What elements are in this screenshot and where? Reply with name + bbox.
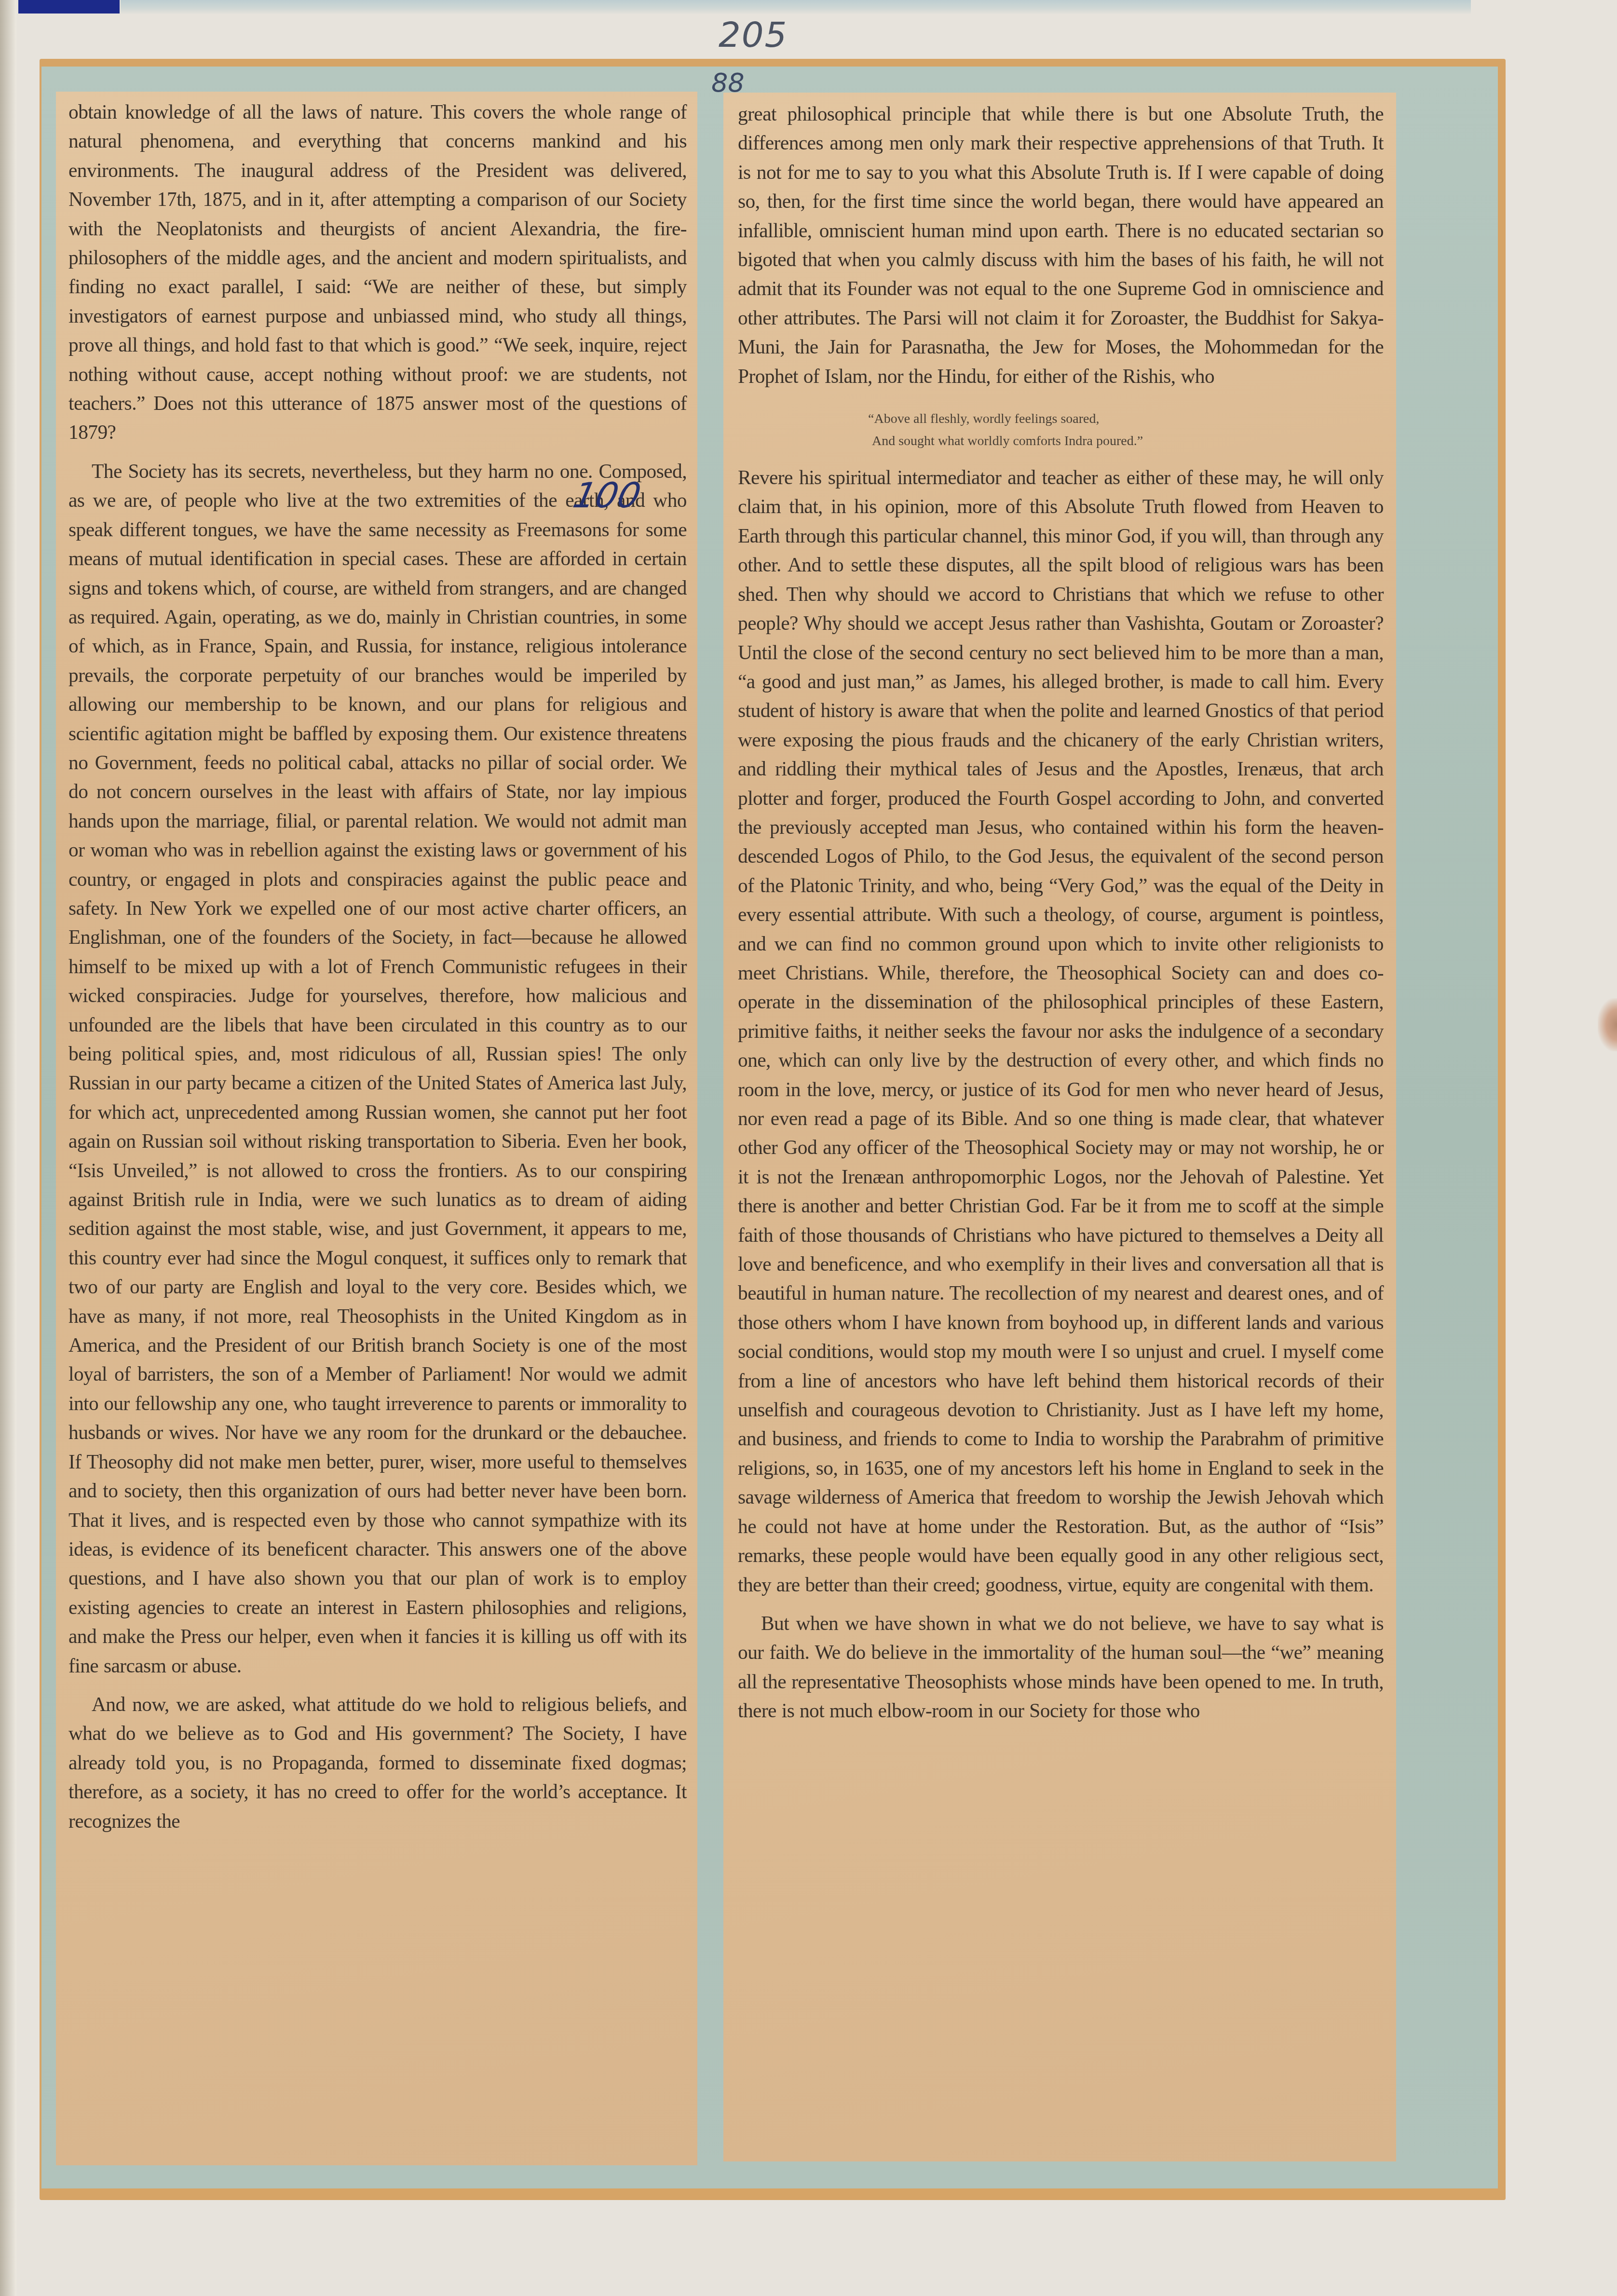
- paragraph: And now, we are asked, what attitude do …: [68, 1690, 687, 1835]
- verse-line: And sought what worldly comforts Indra p…: [868, 430, 1384, 452]
- paragraph: But when we have shown in what we do not…: [738, 1609, 1384, 1725]
- page-top-edge: [121, 0, 1471, 14]
- verse-line: “Above all fleshly, wordly feelings soar…: [868, 408, 1384, 430]
- paragraph: great philosophical principle that while…: [738, 99, 1384, 391]
- clipping-left-column: obtain knowledge of all the laws of natu…: [56, 92, 697, 2165]
- paragraph: obtain knowledge of all the laws of natu…: [68, 97, 687, 447]
- paragraph: Revere his spiritual intermediator and t…: [738, 463, 1384, 1599]
- paragraph: The Society has its secrets, nevertheles…: [68, 457, 687, 1680]
- verse-quotation: “Above all fleshly, wordly feelings soar…: [868, 408, 1384, 452]
- binding-tab: [18, 0, 120, 14]
- page-number: 205: [719, 14, 788, 55]
- book-binding-edge: [0, 0, 16, 2296]
- page-stain: [1598, 998, 1617, 1051]
- margin-handwritten-number: 100: [570, 475, 644, 516]
- clipping-right-column: great philosophical principle that while…: [723, 93, 1396, 2161]
